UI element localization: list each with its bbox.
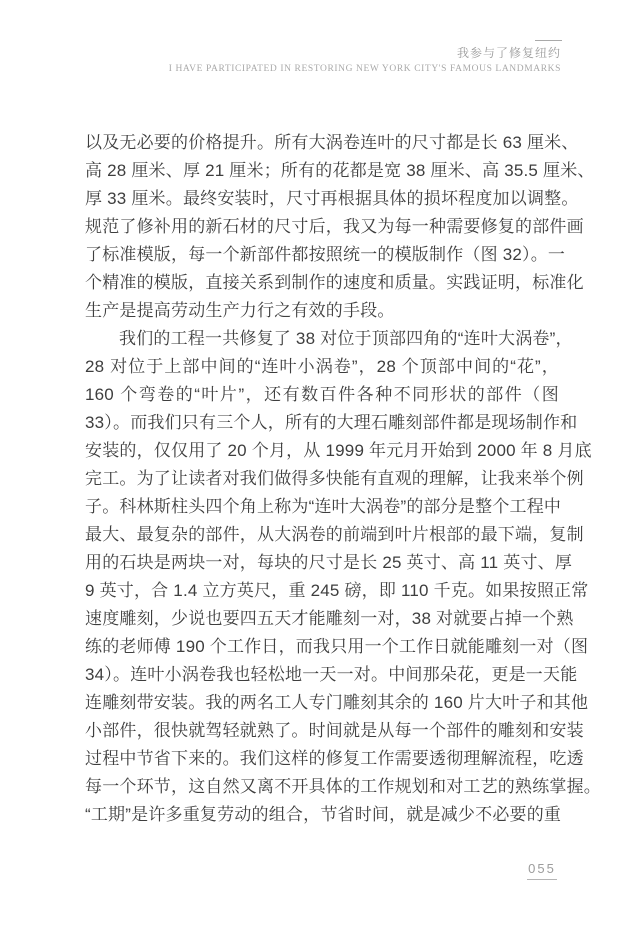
running-head-chinese: 我参与了修复纽约 [457,46,561,61]
body-line: 安装的，仅仅用了 20 个月，从 1999 年元月开始到 2000 年 8 月底 [85,437,559,465]
body-line: 厚 33 厘米。最终安装时，尺寸再根据具体的损坏程度加以调整。 [85,185,559,213]
body-text-block: 以及无必要的价格提升。所有大涡卷连叶的尺寸都是长 63 厘米、 高 28 厘米、… [85,129,559,829]
body-line: 9 英寸，合 1.4 立方英尺，重 245 磅，即 110 千克。如果按照正常 [85,577,559,605]
running-head-english: I HAVE PARTICIPATED IN RESTORING NEW YOR… [169,63,561,76]
body-line: 速度雕刻，少说也要四五天才能雕刻一对，38 对就要占掉一个熟 [85,605,559,633]
body-line: 28 对位于上部中间的“连叶小涡卷”，28 个顶部中间的“花”， [85,353,559,381]
body-line: 子。科林斯柱头四个角上称为“连叶大涡卷”的部分是整个工程中 [85,493,559,521]
body-line: 个精准的模版，直接关系到制作的速度和质量。实践证明，标准化 [85,269,559,297]
page-number: 055 [527,861,557,880]
body-line: 33）。而我们只有三个人，所有的大理石雕刻部件都是现场制作和 [85,409,559,437]
body-line: 每一个环节，这自然又离不开具体的工作规划和对工艺的熟练掌握。 [85,773,559,801]
body-line: 完工。为了让读者对我们做得多快能有直观的理解，让我来举个例 [85,465,559,493]
body-line: 用的石块是两块一对，每块的尺寸是长 25 英寸、高 11 英寸、厚 [85,549,559,577]
body-line: 规范了修补用的新石材的尺寸后，我又为每一种需要修复的部件画 [85,213,559,241]
body-line: 连雕刻带安装。我的两名工人专门雕刻其余的 160 片大叶子和其他 [85,689,559,717]
body-line-paragraph-end: 生产是提高劳动生产力行之有效的手段。 [85,297,559,325]
body-line: 高 28 厘米、厚 21 厘米；所有的花都是宽 38 厘米、高 35.5 厘米、 [85,157,559,185]
body-line: 了标准模版，每一个新部件都按照统一的模版制作（图 32）。一 [85,241,559,269]
book-page: 我参与了修复纽约 I HAVE PARTICIPATED IN RESTORIN… [0,0,619,929]
body-line: “工期”是许多重复劳动的组合，节省时间，就是减少不必要的重 [85,801,559,829]
body-line-paragraph-start: 我们的工程一共修复了 38 对位于顶部四角的“连叶大涡卷”， [85,325,559,353]
body-line: 小部件，很快就驾轻就熟了。时间就是从每一个部件的雕刻和安装 [85,717,559,745]
body-line: 以及无必要的价格提升。所有大涡卷连叶的尺寸都是长 63 厘米、 [85,129,559,157]
body-line: 练的老师傅 190 个工作日，而我只用一个工作日就能雕刻一对（图 [85,633,559,661]
body-line: 160 个弯卷的“叶片”，还有数百件各种不同形状的部件（图 [85,381,559,409]
header-rule [535,40,562,41]
body-line: 过程中节省下来的。我们这样的修复工作需要透彻理解流程，吃透 [85,745,559,773]
body-line: 34）。连叶小涡卷我也轻松地一天一对。中间那朵花，更是一天能 [85,661,559,689]
body-line: 最大、最复杂的部件，从大涡卷的前端到叶片根部的最下端，复制 [85,521,559,549]
